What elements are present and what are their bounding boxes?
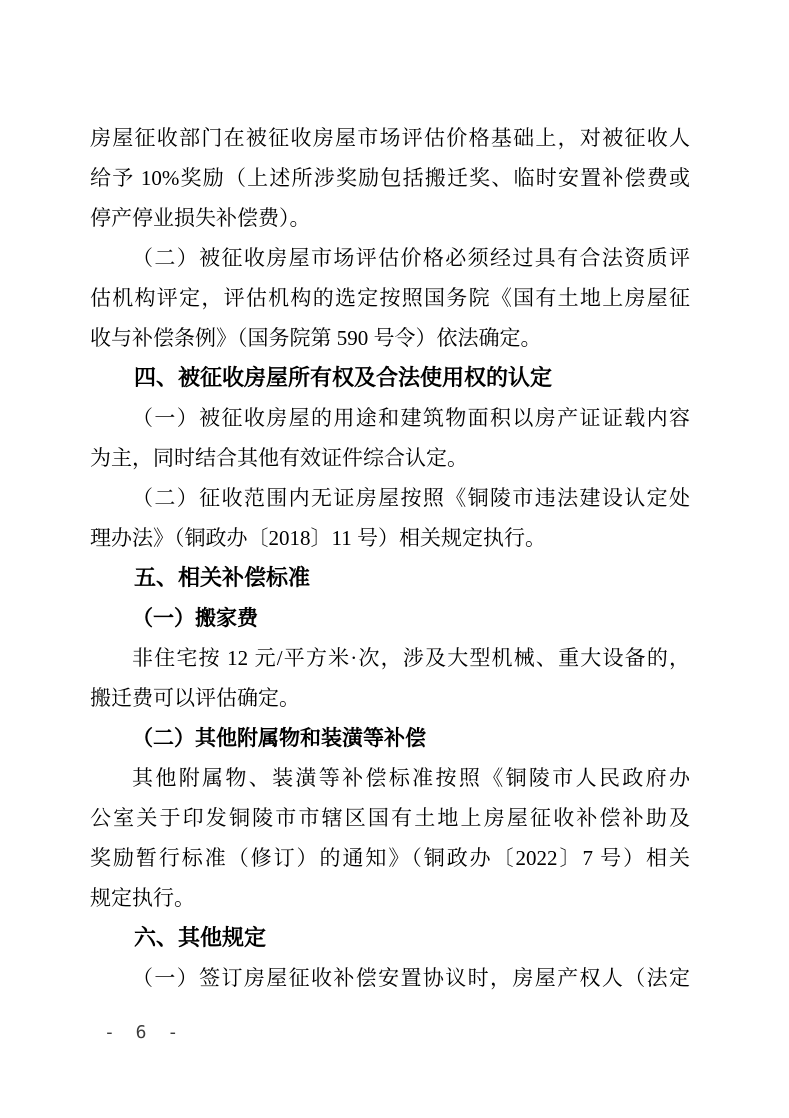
text-line: 公室关于印发铜陵市市辖区国有土地上房屋征收补偿补助及: [90, 798, 690, 838]
paragraph-6-1: （一）签订房屋征收补偿安置协议时，房屋产权人（法定: [90, 958, 690, 998]
text-block: 房屋征收部门在被征收房屋市场评估价格基础上，对被征收人 给予 10%奖励（上述所…: [90, 118, 690, 998]
heading-section-5: 五、相关补偿标准: [90, 558, 690, 598]
heading-section-6: 六、其他规定: [90, 918, 690, 958]
text-line: 理办法》（铜政办〔2018〕11 号）相关规定执行。: [90, 518, 690, 558]
sub-heading: （一）搬家费: [90, 598, 690, 638]
section-heading: 六、其他规定: [90, 918, 690, 958]
text-line: 非住宅按 12 元/平方米·次，涉及大型机械、重大设备的，: [90, 638, 690, 678]
text-line: 停产停业损失补偿费）。: [90, 198, 690, 238]
page-number: - 6 -: [104, 1022, 183, 1043]
text-line: 规定执行。: [90, 878, 690, 918]
paragraph-appraisal: （二）被征收房屋市场评估价格必须经过具有合法资质评 估机构评定，评估机构的选定按…: [90, 238, 690, 358]
text-line: （二）征收范围内无证房屋按照《铜陵市违法建设认定处: [90, 478, 690, 518]
heading-5-2: （二）其他附属物和装潢等补偿: [90, 718, 690, 758]
document-page: 房屋征收部门在被征收房屋市场评估价格基础上，对被征收人 给予 10%奖励（上述所…: [0, 0, 789, 1118]
section-heading: 五、相关补偿标准: [90, 558, 690, 598]
section-heading: 四、被征收房屋所有权及合法使用权的认定: [90, 358, 690, 398]
paragraph-4-1: （一）被征收房屋的用途和建筑物面积以房产证证载内容 为主，同时结合其他有效证件综…: [90, 398, 690, 478]
heading-section-4: 四、被征收房屋所有权及合法使用权的认定: [90, 358, 690, 398]
text-line: 估机构评定，评估机构的选定按照国务院《国有土地上房屋征: [90, 278, 690, 318]
paragraph-4-2: （二）征收范围内无证房屋按照《铜陵市违法建设认定处 理办法》（铜政办〔2018〕…: [90, 478, 690, 558]
sub-heading: （二）其他附属物和装潢等补偿: [90, 718, 690, 758]
text-line: 收与补偿条例》（国务院第 590 号令）依法确定。: [90, 318, 690, 358]
paragraph-reward-continuation: 房屋征收部门在被征收房屋市场评估价格基础上，对被征收人 给予 10%奖励（上述所…: [90, 118, 690, 238]
text-line: （一）被征收房屋的用途和建筑物面积以房产证证载内容: [90, 398, 690, 438]
text-line: 奖励暂行标准（修订）的通知》（铜政办〔2022〕7 号）相关: [90, 838, 690, 878]
text-line: 房屋征收部门在被征收房屋市场评估价格基础上，对被征收人: [90, 118, 690, 158]
text-line: 搬迁费可以评估确定。: [90, 678, 690, 718]
paragraph-5-2-body: 其他附属物、装潢等补偿标准按照《铜陵市人民政府办 公室关于印发铜陵市市辖区国有土…: [90, 758, 690, 918]
text-line: （一）签订房屋征收补偿安置协议时，房屋产权人（法定: [90, 958, 690, 998]
text-line: （二）被征收房屋市场评估价格必须经过具有合法资质评: [90, 238, 690, 278]
text-line: 给予 10%奖励（上述所涉奖励包括搬迁奖、临时安置补偿费或: [90, 158, 690, 198]
text-line: 其他附属物、装潢等补偿标准按照《铜陵市人民政府办: [90, 758, 690, 798]
paragraph-5-1-body: 非住宅按 12 元/平方米·次，涉及大型机械、重大设备的， 搬迁费可以评估确定。: [90, 638, 690, 718]
heading-5-1: （一）搬家费: [90, 598, 690, 638]
text-line: 为主，同时结合其他有效证件综合认定。: [90, 438, 690, 478]
